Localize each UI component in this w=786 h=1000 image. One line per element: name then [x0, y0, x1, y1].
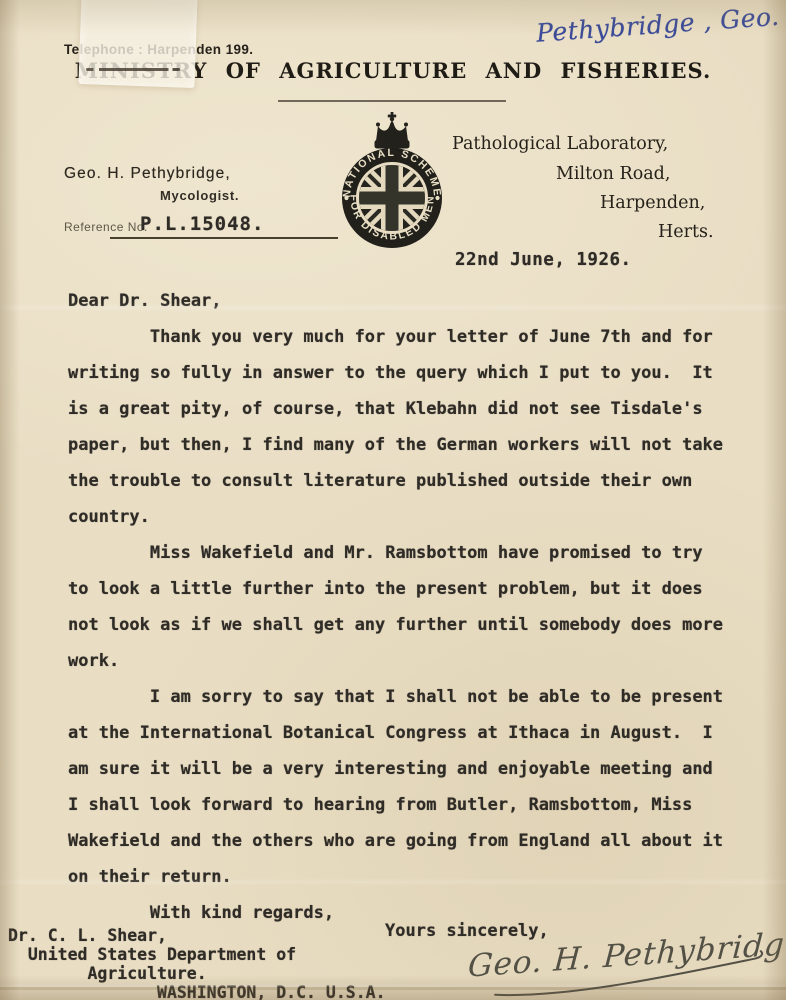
body-line: the trouble to consult literature publis… [68, 463, 758, 499]
body-line: to look a little further into the presen… [68, 571, 758, 607]
body-line: Wakefield and the others who are going f… [68, 823, 758, 859]
title-rule [278, 100, 506, 102]
reference-number: P.L.15048. [140, 213, 264, 235]
body-line: country. [68, 499, 758, 535]
handwritten-filing-annotation: Pethybridge , Geo. H. [535, 1, 786, 47]
handwritten-signature: Geo. H. Pethybridge [455, 920, 785, 1000]
laboratory-address-line: Harpenden, [600, 193, 705, 213]
recipient-city: WASHINGTON, D.C. [8, 983, 326, 1000]
sender-role: Mycologist. [160, 188, 239, 203]
body-line: is a great pity, of course, that Klebahn… [68, 391, 758, 427]
recipient-line: Dr. C. L. Shear, [8, 926, 386, 945]
laboratory-address-line: Milton Road, [556, 164, 670, 184]
recipient-country-underlined: U.S.A [326, 983, 376, 1000]
crown-icon [375, 112, 410, 149]
laboratory-address-line: Herts. [658, 222, 714, 242]
body-line: at the International Botanical Congress … [68, 715, 758, 751]
body-line: writing so fully in answer to the query … [68, 355, 758, 391]
body-line: I am sorry to say that I shall not be ab… [68, 679, 758, 715]
reference-label: Reference No. [64, 220, 148, 234]
signature-text: Geo. H. Pethybridge [467, 925, 785, 985]
ink-scratch-mark [86, 68, 180, 71]
letter-body: Dear Dr. Shear, Thank you very much for … [68, 283, 758, 931]
reference-underline [110, 237, 338, 239]
recipient-address-block: Dr. C. L. Shear, United States Departmen… [8, 926, 386, 1000]
body-line: am sure it will be a very interesting an… [68, 751, 758, 787]
recipient-line: Agriculture. [8, 964, 386, 983]
body-line: on their return. [68, 859, 758, 895]
body-line: work. [68, 643, 758, 679]
body-line: I shall look forward to hearing from But… [68, 787, 758, 823]
recipient-country-period: . [376, 983, 386, 1000]
body-line: Miss Wakefield and Mr. Ramsbottom have p… [68, 535, 758, 571]
salutation: Dear Dr. Shear, [68, 283, 758, 319]
body-line: Thank you very much for your letter of J… [68, 319, 758, 355]
body-line: not look as if we shall get any further … [68, 607, 758, 643]
body-line: paper, but then, I find many of the Germ… [68, 427, 758, 463]
sender-name: Geo. H. Pethybridge, [64, 165, 231, 183]
national-scheme-disabled-men-badge-icon: NATIONAL SCHEME FOR DISABLED MEN [338, 110, 446, 250]
recipient-line: WASHINGTON, D.C. U.S.A. [8, 983, 386, 1000]
letter-page: Pethybridge , Geo. H. Telephone : Harpen… [0, 0, 786, 1000]
tape-repair-patch [78, 0, 197, 88]
recipient-line: United States Department of [8, 945, 386, 964]
laboratory-address-line: Pathological Laboratory, [452, 134, 668, 154]
letter-date: 22nd June, 1926. [455, 250, 632, 270]
